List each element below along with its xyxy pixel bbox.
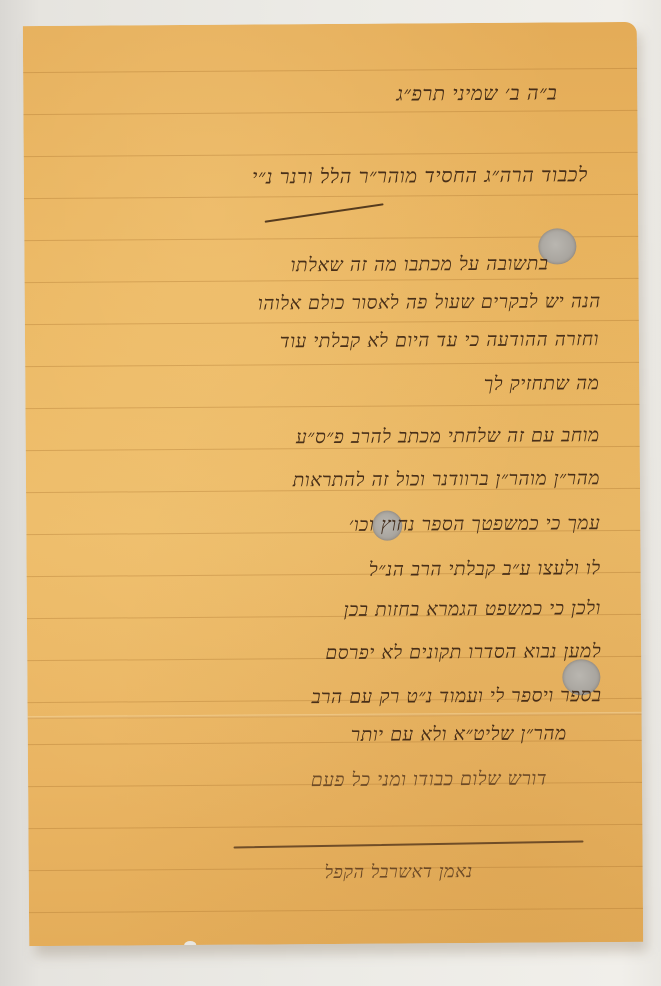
letter-body-line: וחזרה ההודעה כי עד היום לא קבלתי עוד	[280, 328, 599, 353]
letter-body-line: מה שתחזיק לך	[484, 372, 600, 396]
letter-body-line: מוחב עם זה שלחתי מכתב להרב פ״ס״ע	[296, 424, 600, 449]
ruled-line	[25, 362, 639, 367]
letter-body-line: בספר ויספר לי ועמוד נ״ט רק עם הרב	[311, 684, 601, 709]
letter-body-line: ולכן כי כמשפט הגמרא בחזות בכן	[344, 597, 601, 622]
ruled-line	[28, 824, 642, 829]
letter-body-line: בתשובה על מכתבו מה זה שאלתו	[291, 252, 549, 277]
ruled-line	[24, 194, 638, 199]
ruled-line	[29, 908, 643, 913]
signature-line	[234, 840, 584, 848]
ruled-line	[25, 278, 639, 283]
letter-body-line: הנה יש לבקרים שעול פה לאסור כולם אלוהו	[258, 290, 601, 315]
ruled-line	[24, 152, 638, 157]
ruled-line	[25, 404, 639, 409]
paper-fold-crease	[28, 712, 642, 719]
letter-closing: דורש שלום כבודו ומני כל פעם	[311, 768, 547, 793]
letter-body-line: מהר״ן מוהר״ן ברוודנר וכול זה להתראות	[293, 467, 600, 492]
letter-signature: נאמן דאשרבל הקפל	[324, 861, 472, 883]
letter-dateline: ב״ה ב׳ שמיני תרפ״ג	[396, 80, 557, 106]
ruled-line	[25, 320, 639, 325]
letter-salutation: לכבוד הרה״ג החסיד מוהר״ר הלל ורנר נ״י	[252, 162, 588, 189]
salutation-flourish	[265, 203, 384, 223]
ruled-line	[23, 68, 637, 73]
letter-paper: ב״ה ב׳ שמיני תרפ״ג לכבוד הרה״ג החסיד מוה…	[23, 22, 643, 946]
letter-body-line: למען נבוא הסדרו תקונים לא יפרסם	[325, 640, 601, 665]
letter-body-line: עמך כי כמשפטך הספר נחוץ וכו׳	[349, 512, 601, 537]
letter-body-line: מהר״ן שליט״א ולא עם יותר	[351, 722, 567, 747]
letter-body-line: לו ולעצו ע״ב קבלתי הרב הנ״ל	[369, 557, 601, 582]
ruled-line	[23, 110, 637, 115]
